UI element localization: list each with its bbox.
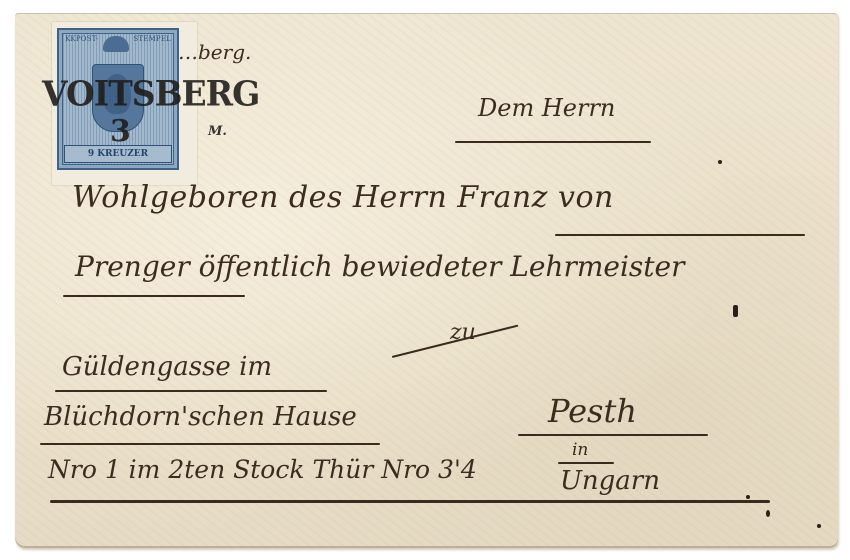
destination-city: Pesth bbox=[548, 392, 637, 430]
street-line-1: Güldengasse im bbox=[62, 352, 272, 382]
stamp-text-left: KKPOST- bbox=[65, 35, 98, 43]
ink-blot bbox=[733, 305, 738, 317]
ink-speck bbox=[746, 495, 750, 499]
street-line-2: Blüchdorn'schen Hause bbox=[44, 402, 357, 432]
manuscript-town-note: …berg. bbox=[178, 40, 251, 64]
underline bbox=[455, 141, 651, 143]
destination-country: Ungarn bbox=[560, 466, 660, 496]
postmark-suffix: M. bbox=[208, 124, 227, 139]
postmark-day: 3 bbox=[110, 114, 131, 149]
address-in: in bbox=[572, 440, 588, 460]
stamp-text-right: STEMPEL bbox=[133, 35, 171, 43]
address-line-1: Wohlgeboren des Herrn Franz von bbox=[72, 180, 614, 215]
underline bbox=[518, 434, 708, 436]
ink-speck bbox=[766, 510, 770, 517]
underline bbox=[63, 295, 245, 297]
ink-speck bbox=[718, 160, 722, 164]
underline bbox=[40, 443, 380, 445]
underline bbox=[558, 462, 614, 464]
address-line-2: Prenger öffentlich bewiedeter Lehrmeiste… bbox=[75, 250, 685, 283]
crown-icon bbox=[103, 36, 129, 52]
street-line-3: Nro 1 im 2ten Stock Thür Nro 3'4 bbox=[48, 455, 477, 484]
salutation: Dem Herrn bbox=[478, 94, 615, 122]
underline bbox=[50, 500, 770, 503]
underline bbox=[55, 390, 327, 392]
ink-speck bbox=[817, 524, 821, 528]
postmark-town: VOITSBERG bbox=[42, 73, 259, 114]
underline bbox=[555, 234, 805, 236]
